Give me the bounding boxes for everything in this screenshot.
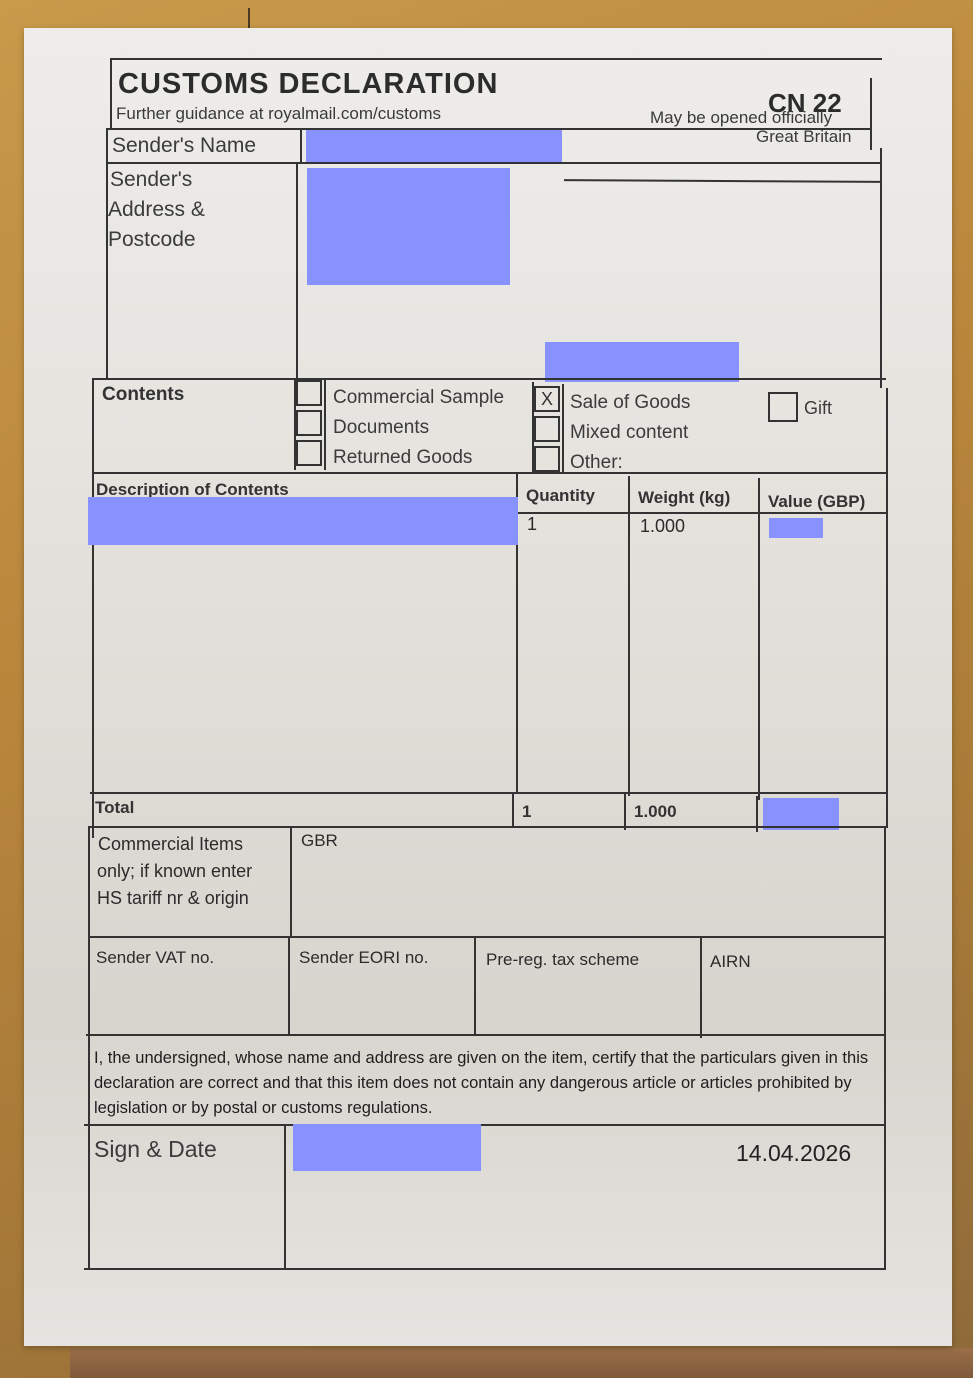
col-header-quantity: Quantity xyxy=(526,486,595,506)
checkbox-col-divider-3 xyxy=(562,384,564,472)
commercial-top xyxy=(88,826,886,828)
declaration-text: I, the undersigned, whose name and addre… xyxy=(94,1046,874,1121)
sender-name-divider xyxy=(300,128,302,164)
commercial-divider xyxy=(290,826,292,936)
form-top-border xyxy=(110,58,882,60)
form-left-border-bottom xyxy=(88,826,90,1270)
sign-divider xyxy=(284,1124,286,1270)
commercial-label-line-2: only; if known enter xyxy=(97,861,252,882)
sender-postcode-redaction xyxy=(545,342,739,382)
total-quantity: 1 xyxy=(522,802,531,822)
sign-date-label: Sign & Date xyxy=(94,1136,217,1163)
form-right-border-top xyxy=(870,78,872,150)
address-label-line-2: Address & xyxy=(108,198,205,222)
col-divider-value xyxy=(758,478,760,800)
form-left-border-top xyxy=(110,58,112,130)
form-right-border-bottom xyxy=(884,826,886,1270)
description-redaction xyxy=(88,497,518,545)
address-divider xyxy=(296,162,298,380)
sign-date-value: 14.04.2026 xyxy=(736,1140,851,1167)
sender-eori-label: Sender EORI no. xyxy=(299,948,428,968)
declaration-top xyxy=(86,1034,886,1036)
sender-name-label: Sender's Name xyxy=(112,134,256,158)
form-left-border-mid xyxy=(106,128,108,378)
total-top xyxy=(90,792,886,794)
sender-name-bottom xyxy=(106,162,882,164)
sender-address-redaction xyxy=(307,168,510,285)
notice-line-1: May be opened officially xyxy=(650,108,832,128)
row-value-redaction xyxy=(769,518,823,538)
address-extra-line xyxy=(564,179,882,183)
cn22-form-sheet: CUSTOMS DECLARATION Further guidance at … xyxy=(24,28,952,1346)
sender-name-redaction xyxy=(306,130,562,164)
option-returned-goods: Returned Goods xyxy=(333,447,472,469)
form-bottom-border xyxy=(84,1268,886,1270)
form-right-border-mid xyxy=(880,148,882,388)
checkbox-mixed-content[interactable] xyxy=(534,416,560,442)
checkbox-other[interactable] xyxy=(534,446,560,472)
form-right-border-low xyxy=(886,388,888,828)
commercial-value: GBR xyxy=(301,831,338,851)
checkbox-returned-goods[interactable] xyxy=(296,440,322,466)
tax-divider-1 xyxy=(288,936,290,1036)
option-mixed-content: Mixed content xyxy=(570,422,688,444)
cardboard-edge xyxy=(70,1348,973,1378)
row-quantity: 1 xyxy=(527,514,537,535)
checkbox-documents[interactable] xyxy=(296,410,322,436)
col-divider-weight xyxy=(628,476,630,796)
sign-top xyxy=(84,1124,886,1126)
tax-divider-2 xyxy=(474,936,476,1036)
commercial-label-line-1: Commercial Items xyxy=(98,834,243,855)
total-divider-1 xyxy=(512,792,514,828)
option-other: Other: xyxy=(570,452,623,474)
signature-redaction xyxy=(293,1124,481,1171)
pre-reg-tax-label: Pre-reg. tax scheme xyxy=(486,950,639,970)
contents-top xyxy=(94,378,886,380)
tax-divider-3 xyxy=(700,938,702,1038)
checkbox-sale-of-goods[interactable]: X xyxy=(534,386,560,412)
sender-vat-label: Sender VAT no. xyxy=(96,948,214,968)
col-header-value: Value (GBP) xyxy=(768,492,865,512)
guidance-text: Further guidance at royalmail.com/custom… xyxy=(116,104,441,124)
table-header-bottom xyxy=(516,512,886,514)
table-top xyxy=(92,472,886,474)
total-label: Total xyxy=(95,798,134,818)
option-documents: Documents xyxy=(333,417,429,439)
option-commercial-sample: Commercial Sample xyxy=(333,387,504,409)
notice-line-2: Great Britain xyxy=(756,127,851,147)
checkbox-gift[interactable] xyxy=(768,392,798,422)
option-gift: Gift xyxy=(804,398,832,419)
col-header-weight: Weight (kg) xyxy=(638,488,730,508)
contents-label: Contents xyxy=(102,384,184,406)
airn-label: AIRN xyxy=(710,952,751,972)
form-left-border-low xyxy=(92,378,94,838)
address-label-line-3: Postcode xyxy=(108,228,196,252)
option-sale-of-goods: Sale of Goods xyxy=(570,392,690,414)
commercial-label-line-3: HS tariff nr & origin xyxy=(97,888,249,909)
checkbox-col-divider-1 xyxy=(324,380,326,470)
row-weight: 1.000 xyxy=(640,516,685,537)
form-grid: CUSTOMS DECLARATION Further guidance at … xyxy=(24,28,952,1346)
tax-top xyxy=(88,936,886,938)
total-divider-2 xyxy=(624,794,626,830)
total-weight: 1.000 xyxy=(634,802,677,822)
form-title: CUSTOMS DECLARATION xyxy=(118,68,498,101)
checkbox-commercial-sample[interactable] xyxy=(296,380,322,406)
address-label-line-1: Sender's xyxy=(110,168,192,192)
